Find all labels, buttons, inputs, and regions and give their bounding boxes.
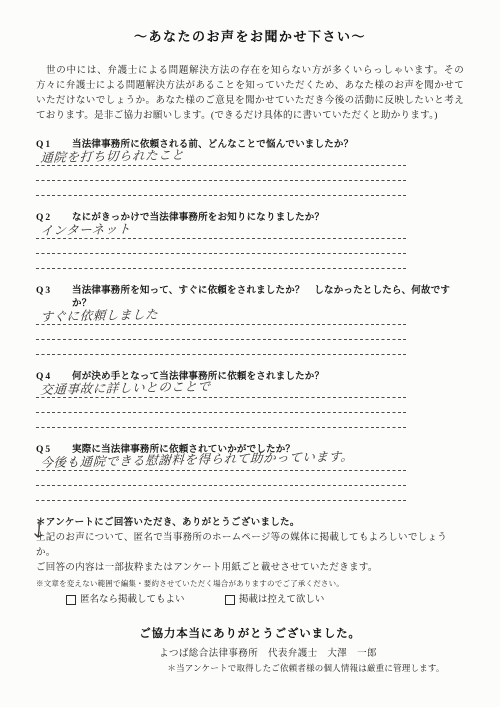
privacy-note: ＊当アンケートで取得したご依頼者様の個人情報は厳重に管理します。 <box>92 662 500 674</box>
handwritten-stray-mark <box>33 521 45 541</box>
closing-section: ご協力本当にありがとうございました。 よつば総合法律事務所 代表弁護士 大澤 一… <box>36 625 464 674</box>
answer-line <box>36 399 406 414</box>
publication-request-line2: ご回答の内容は一部抜粋またはアンケート用紙ごと載せさせていただきます。 <box>36 561 464 576</box>
question-block-q4: Q4 何が決め手となって当法律事務所に依頼をされましたか？ 交通事故に詳しいとの… <box>36 371 464 429</box>
question-block-q3: Q3 当法律事務所を知って、すぐに依頼をされましたか？ しなかったとしたら、何故… <box>36 285 464 356</box>
checkbox-icon <box>66 595 76 605</box>
answer-area: 通院を打ち切られたこと <box>36 152 406 197</box>
checkbox-decline-label: 掲載は控えて欲しい <box>239 593 325 607</box>
question-block-q1: Q1 当法律事務所に依頼される前、どんなことで悩んでいましたか？ 通院を打ち切ら… <box>36 139 464 197</box>
question-block-q5: Q5 実際に当法律事務所に依頼されていかがでしたか？ 今後も通院できる慰謝料を得… <box>36 444 464 502</box>
answer-line <box>36 472 406 487</box>
answer-line: 通院を打ち切られたこと <box>36 152 406 167</box>
edit-disclaimer-note: ※文章を変えない範囲で編集・要約させていただく場合がありますのでご了承ください。 <box>36 577 464 590</box>
answer-line: インターネット <box>36 225 406 240</box>
handwritten-answer: すぐに依頼しました <box>40 305 159 325</box>
answer-area: インターネット <box>36 225 406 270</box>
scanned-survey-page: ～あなたのお声をお聞かせ下さい～ 世の中には、弁護士による問題解決方法の存在を知… <box>0 0 500 707</box>
answer-area: 今後も通院できる慰謝料を得られて助かっています。 <box>36 457 406 502</box>
handwritten-answer: 交通事故に詳しいとのことで <box>40 376 211 398</box>
answer-area: 交通事故に詳しいとのことで <box>36 384 406 429</box>
closing-thanks: ご協力本当にありがとうございました。 <box>36 625 464 641</box>
answer-line <box>36 240 406 255</box>
answer-line <box>36 255 406 270</box>
answer-line <box>36 167 406 182</box>
answer-area: すぐに依頼しました <box>36 311 406 356</box>
question-block-q2: Q2 なにがきっかけで当法律事務所をお知りになりましたか？ インターネット <box>36 212 464 270</box>
consent-section: ＊アンケートにご回答いただき、ありがとうございました。 上記のお声について、匿名… <box>36 516 464 610</box>
handwritten-answer: インターネット <box>40 219 131 239</box>
answer-line: 今後も通院できる慰謝料を得られて助かっています。 <box>36 457 406 472</box>
answer-line <box>36 341 406 356</box>
consent-options-row: 匿名なら掲載してもよい 掲載は控えて欲しい <box>36 593 464 610</box>
answer-line <box>36 326 406 341</box>
law-firm-signature: よつば総合法律事務所 代表弁護士 大澤 一郎 <box>54 645 482 659</box>
answer-line <box>36 182 406 197</box>
answer-line: 交通事故に詳しいとのことで <box>36 384 406 399</box>
checkbox-decline-publication[interactable]: 掲載は控えて欲しい <box>225 593 325 607</box>
publication-request-line1: 上記のお声について、匿名で当事務所のホームページ等の媒体に掲載してもよろしいでし… <box>36 531 464 561</box>
checkbox-anonymous-ok[interactable]: 匿名なら掲載してもよい <box>66 593 185 607</box>
handwritten-answer: 通院を打ち切られたこと <box>40 145 185 166</box>
intro-paragraph: 世の中には、弁護士による問題解決方法の存在を知らない方が多くいらっしゃいます。そ… <box>36 64 464 124</box>
answer-line: すぐに依頼しました <box>36 311 406 326</box>
survey-thanks-note: ＊アンケートにご回答いただき、ありがとうございました。 <box>36 516 464 531</box>
answer-line <box>36 414 406 429</box>
checkbox-anonymous-label: 匿名なら掲載してもよい <box>80 593 185 607</box>
answer-line <box>36 487 406 502</box>
page-title: ～あなたのお声をお聞かせ下さい～ <box>36 26 464 45</box>
checkbox-icon <box>225 595 235 605</box>
